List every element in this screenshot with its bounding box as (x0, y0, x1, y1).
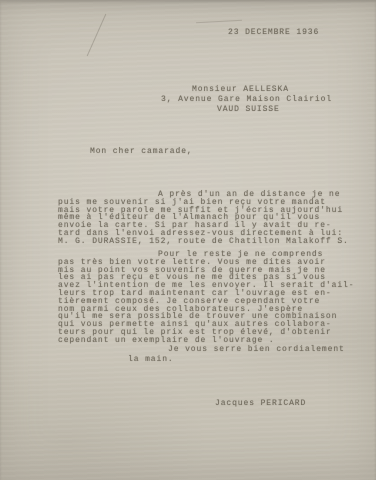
salutation: Mon cher camarade, (90, 147, 193, 156)
para1-line: M. G. DURASSIE, 152, route de Chatillon … (58, 238, 363, 246)
recipient-street: 3, Avenue Gare Maison Clairiol (161, 95, 332, 104)
scan-scratch-horizontal (196, 20, 242, 23)
signature-name: Jacques PERICARD (215, 399, 306, 408)
closing-line-1: Je vous serre bien cordialement (168, 345, 345, 354)
paragraph-1: A près d'un an de distance je ne puis me… (58, 191, 363, 246)
recipient-region: VAUD SUISSE (217, 105, 280, 114)
para2-line: cependant un exemplaire de l'ouvrage . (58, 337, 363, 345)
letter-page: 23 DECEMBRE 1936 Monsieur AELLESKA 3, Av… (0, 0, 376, 480)
scan-scratch-diagonal (87, 14, 107, 56)
closing-line-2: la main. (128, 355, 174, 364)
paragraph-2: Pour le reste je ne comprends pas très b… (58, 251, 363, 345)
letter-date: 23 DECEMBRE 1936 (228, 28, 319, 37)
recipient-name: Monsieur AELLESKA (192, 85, 289, 94)
